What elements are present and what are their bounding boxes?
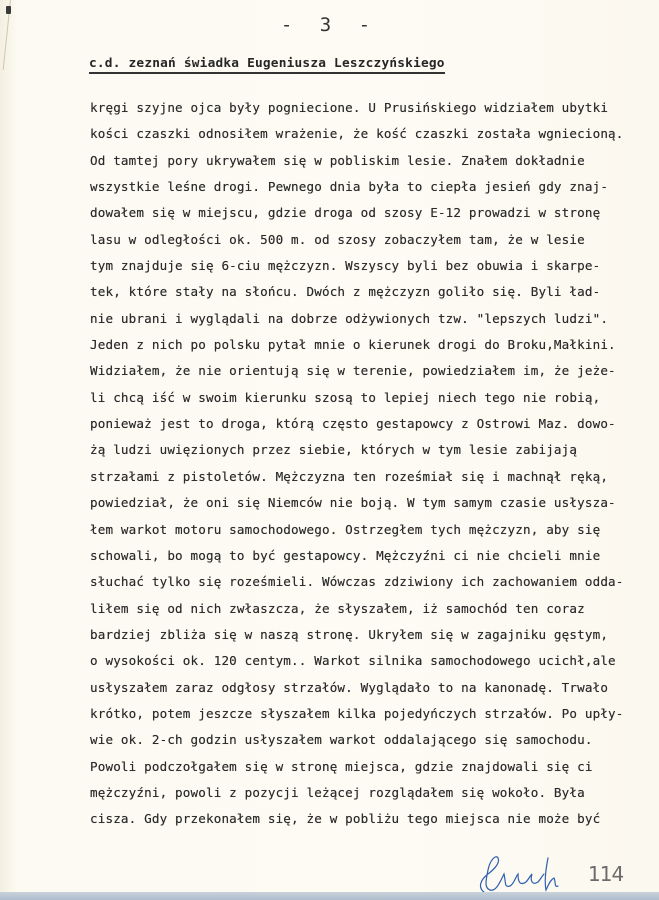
staple-mark-icon	[6, 6, 11, 14]
text-line: o wysokości ok. 120 centym.. Warkot siln…	[90, 651, 659, 677]
text-line: strzałami z pistoletów. Mężczyzna ten ro…	[90, 467, 659, 493]
folio-number: 114	[588, 862, 623, 886]
text-line: mężczyźni, powoli z pozycji leżącej rozg…	[90, 783, 659, 809]
text-line: Jeden z nich po polsku pytał mnie o kier…	[90, 335, 659, 361]
page-number: - 3 -	[0, 14, 659, 36]
text-line: tym znajduje się 6-ciu mężczyzn. Wszyscy…	[90, 256, 659, 282]
text-line: bardziej zbliża się w naszą stronę. Ukry…	[90, 625, 659, 651]
scan-background-edge	[0, 892, 659, 900]
text-line: wie ok. 2-ch godzin usłyszałem warkot od…	[90, 730, 659, 756]
text-line: Widziałem, że nie orientują się w tereni…	[90, 361, 659, 387]
document-title: c.d. zeznań świadka Eugeniusza Leszczyńs…	[89, 56, 445, 74]
text-line: Powoli podczołgałem się w stronę miejsca…	[90, 757, 659, 783]
text-line: powiedział, że oni się Niemców nie boją.…	[90, 493, 659, 519]
text-line: kości czaszki odnosiłem wrażenie, że koś…	[90, 124, 659, 150]
text-line: usłyszałem zaraz odgłosy strzałów. Wyglą…	[90, 678, 659, 704]
text-line: Od tamtej pory ukrywałem się w pobliskim…	[90, 151, 659, 177]
text-line: nie ubrani i wyglądali na dobrze odżywio…	[90, 309, 659, 335]
text-line: krótko, potem jeszcze słyszałem kilka po…	[90, 704, 659, 730]
document-page: - 3 - c.d. zeznań świadka Eugeniusza Les…	[0, 0, 659, 892]
text-line: łem warkot motoru samochodowego. Ostrzeg…	[90, 520, 659, 546]
document-body: kręgi szyjne ojca były pogniecione. U Pr…	[90, 98, 659, 836]
text-line: kręgi szyjne ojca były pogniecione. U Pr…	[90, 98, 659, 124]
text-line: żą ludzi uwięzionych przez siebie, który…	[90, 440, 659, 466]
text-line: cisza. Gdy przekonałem się, że w pobliżu…	[90, 809, 659, 835]
text-line: liłem się od nich zwłaszcza, że słyszałe…	[90, 599, 659, 625]
text-line: lasu w odległości ok. 500 m. od szosy zo…	[90, 230, 659, 256]
text-line: li chcą iść w swoim kierunku szosą to le…	[90, 388, 659, 414]
text-line: słuchać tylko się roześmieli. Wówczas zd…	[90, 572, 659, 598]
text-line: tek, które stały na słońcu. Dwóch z mężc…	[90, 282, 659, 308]
text-line: dowałem się w miejscu, gdzie droga od sz…	[90, 203, 659, 229]
text-line: ponieważ jest to droga, którą często ges…	[90, 414, 659, 440]
signature-icon	[470, 852, 570, 896]
text-line: schowali, bo mogą to być gestapowcy. Męż…	[90, 546, 659, 572]
text-line: wszystkie leśne drogi. Pewnego dnia była…	[90, 177, 659, 203]
